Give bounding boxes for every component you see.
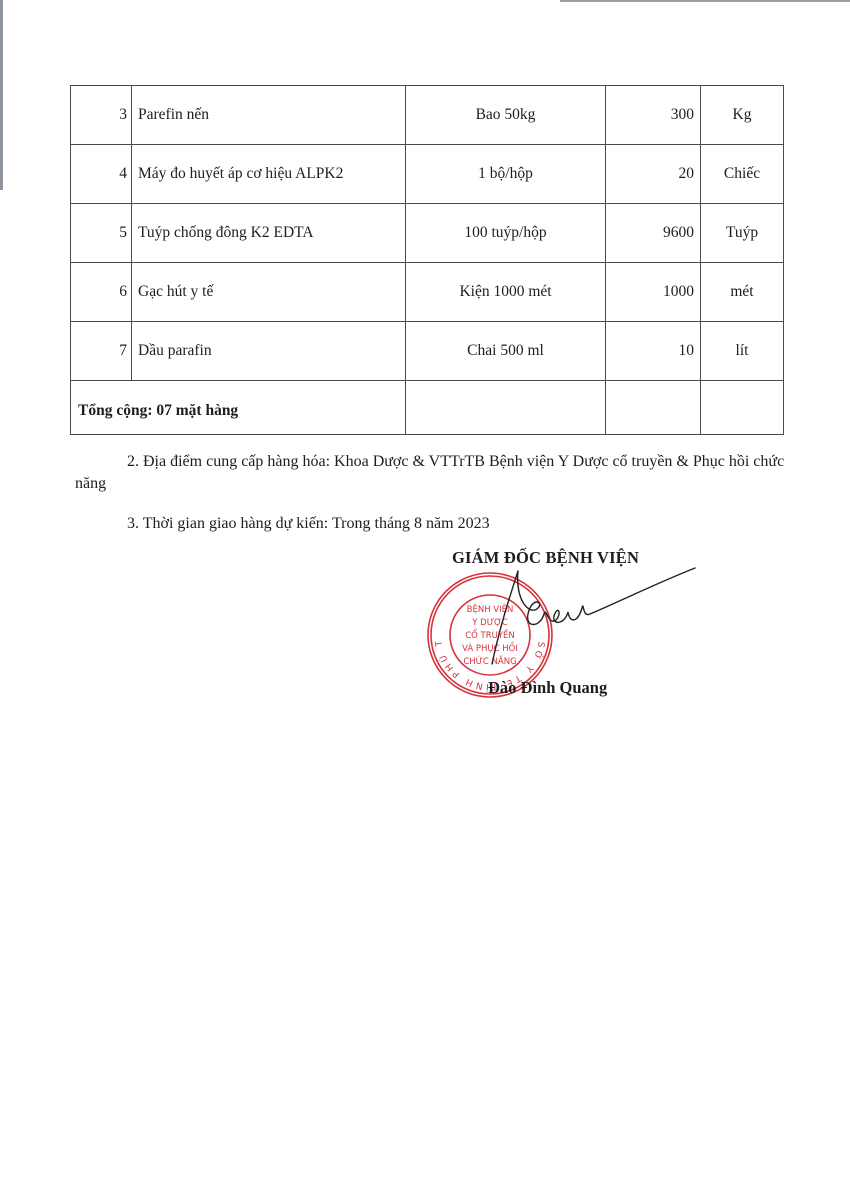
item-name: Parefin nến bbox=[132, 86, 406, 145]
empty-cell bbox=[606, 381, 701, 435]
item-packing: Chai 500 ml bbox=[406, 322, 606, 381]
item-packing: 1 bộ/hộp bbox=[406, 145, 606, 204]
item-unit: lít bbox=[701, 322, 784, 381]
table-row: 3Parefin nếnBao 50kg300Kg bbox=[71, 86, 784, 145]
item-name: Tuýp chống đông K2 EDTA bbox=[132, 204, 406, 263]
scan-edge bbox=[0, 0, 3, 190]
item-number: 4 bbox=[71, 145, 132, 204]
item-number: 6 bbox=[71, 263, 132, 322]
item-unit: mét bbox=[701, 263, 784, 322]
total-row: Tổng cộng: 07 mặt hàng bbox=[71, 381, 784, 435]
table-row: 7Dầu parafinChai 500 ml10lít bbox=[71, 322, 784, 381]
empty-cell bbox=[701, 381, 784, 435]
delivery-location-text: 2. Địa điểm cung cấp hàng hóa: Khoa Dược… bbox=[75, 453, 784, 492]
delivery-time-text: 3. Thời gian giao hàng dự kiến: Trong th… bbox=[127, 515, 490, 532]
item-number: 7 bbox=[71, 322, 132, 381]
item-quantity: 10 bbox=[606, 322, 701, 381]
item-name: Gạc hút y tế bbox=[132, 263, 406, 322]
signer-name: Đào Đình Quang bbox=[488, 678, 607, 698]
item-quantity: 20 bbox=[606, 145, 701, 204]
item-number: 5 bbox=[71, 204, 132, 263]
item-quantity: 1000 bbox=[606, 263, 701, 322]
item-unit: Kg bbox=[701, 86, 784, 145]
signature-block: SỞ Y TẾ TỈNH PHÚ THỌ BỆNH VIỆNY DƯỢCCỔ T… bbox=[410, 548, 710, 708]
delivery-time-paragraph: 3. Thời gian giao hàng dự kiến: Trong th… bbox=[75, 513, 787, 535]
item-quantity: 300 bbox=[606, 86, 701, 145]
table-row: 5Tuýp chống đông K2 EDTA100 tuýp/hộp9600… bbox=[71, 204, 784, 263]
table-row: 4Máy đo huyết áp cơ hiệu ALPK21 bộ/hộp20… bbox=[71, 145, 784, 204]
item-unit: Tuýp bbox=[701, 204, 784, 263]
handwritten-signature bbox=[470, 556, 700, 686]
item-quantity: 9600 bbox=[606, 204, 701, 263]
item-name: Dầu parafin bbox=[132, 322, 406, 381]
empty-cell bbox=[406, 381, 606, 435]
item-number: 3 bbox=[71, 86, 132, 145]
item-packing: Bao 50kg bbox=[406, 86, 606, 145]
item-packing: Kiện 1000 mét bbox=[406, 263, 606, 322]
table-row: 6Gạc hút y tếKiện 1000 mét1000mét bbox=[71, 263, 784, 322]
item-name: Máy đo huyết áp cơ hiệu ALPK2 bbox=[132, 145, 406, 204]
signature-title: GIÁM ĐỐC BỆNH VIỆN bbox=[452, 548, 639, 568]
items-table: 3Parefin nếnBao 50kg300Kg4Máy đo huyết á… bbox=[70, 85, 784, 435]
total-label: Tổng cộng: 07 mặt hàng bbox=[71, 381, 406, 435]
scan-edge bbox=[560, 0, 850, 2]
delivery-location-paragraph: 2. Địa điểm cung cấp hàng hóa: Khoa Dược… bbox=[75, 451, 787, 495]
item-packing: 100 tuýp/hộp bbox=[406, 204, 606, 263]
item-unit: Chiếc bbox=[701, 145, 784, 204]
